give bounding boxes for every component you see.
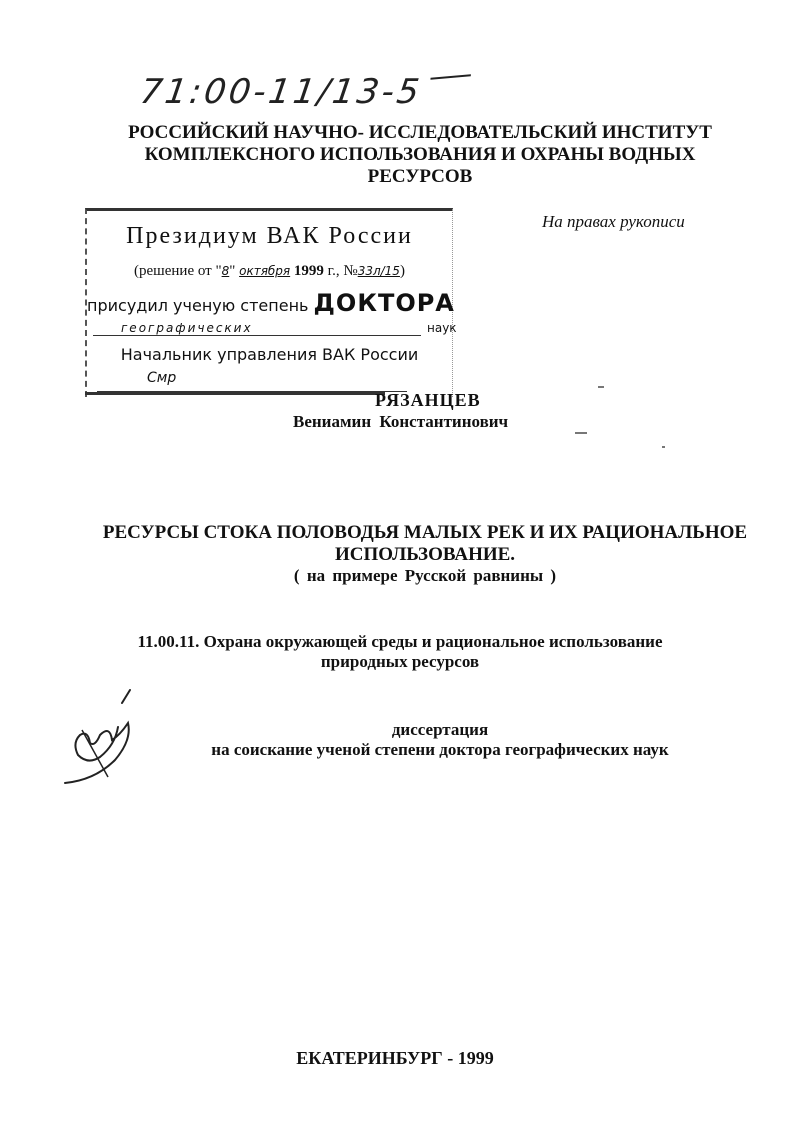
institute-line-2: КОМПЛЕКСНОГО ИСПОЛЬЗОВАНИЯ И ОХРАНЫ ВОДН… — [100, 144, 740, 166]
archive-code-handwritten: 71:00-11/13-5 — [137, 72, 484, 120]
institute-line-3: РЕСУРСОВ — [100, 166, 740, 188]
author-surname: РЯЗАНЦЕВ — [375, 390, 481, 411]
dissertation-line-2: на соискание ученой степени доктора геог… — [130, 740, 750, 760]
decision-quote: " — [229, 263, 235, 279]
title-line-2: ИСПОЛЬЗОВАНИЕ. — [90, 544, 760, 566]
stamp-decision: (решение от "8" октября 1999 г., №33л/15… — [87, 263, 452, 280]
stamp-signature-line: Смр — [97, 369, 407, 392]
field-suffix: наук — [427, 321, 457, 335]
vak-stamp: Президиум ВАК России (решение от "8" окт… — [85, 208, 453, 397]
stamp-title: Президиум ВАК России — [87, 223, 452, 250]
field-handwritten: географических — [93, 321, 421, 336]
decision-month: октября — [239, 264, 290, 278]
stamp-signature: Смр — [147, 370, 176, 386]
specialty: 11.00.11. Охрана окружающей среды и раци… — [90, 632, 710, 672]
specialty-line-1: 11.00.11. Охрана окружающей среды и раци… — [90, 632, 710, 652]
dissertation-line-1: диссертация — [130, 720, 750, 740]
institute-line-1: РОССИЙСКИЙ НАУЧНО- ИССЛЕДОВАТЕЛЬСКИЙ ИНС… — [100, 122, 740, 144]
scan-speck — [598, 386, 604, 388]
city-year: ЕКАТЕРИНБУРГ - 1999 — [90, 1048, 700, 1069]
stamp-field: географическихнаук — [93, 321, 443, 337]
decision-year: 1999 — [294, 263, 324, 279]
author-given-names: Вениамин Константинович — [293, 412, 508, 432]
awarded-degree: ДОКТОРА — [314, 289, 455, 317]
scan-speck — [662, 446, 665, 448]
stamp-chief: Начальник управления ВАК России — [87, 345, 452, 364]
archive-code: 71:00-11/13-5 — [138, 72, 425, 112]
decision-close: ) — [400, 263, 405, 279]
decision-number: 33л/15 — [358, 264, 400, 278]
specialty-line-2: природных ресурсов — [90, 652, 710, 672]
decision-year-suffix: г., № — [324, 263, 358, 279]
stamp-awarded: присудил ученую степень ДОКТОРА — [87, 289, 452, 317]
dissertation-title: РЕСУРСЫ СТОКА ПОЛОВОДЬЯ МАЛЫХ РЕК И ИХ Р… — [90, 522, 760, 566]
scan-speck — [575, 432, 587, 434]
decision-prefix: (решение от " — [134, 263, 222, 279]
stamp-border-bottom — [85, 392, 385, 395]
institute-name: РОССИЙСКИЙ НАУЧНО- ИССЛЕДОВАТЕЛЬСКИЙ ИНС… — [100, 122, 740, 188]
dissertation-type: диссертация на соискание ученой степени … — [130, 720, 750, 760]
manuscript-note: На правах рукописи — [542, 212, 685, 232]
title-line-1: РЕСУРСЫ СТОКА ПОЛОВОДЬЯ МАЛЫХ РЕК И ИХ Р… — [90, 522, 760, 544]
awarded-prefix: присудил ученую степень — [87, 296, 314, 315]
dissertation-subtitle: ( на примере Русской равнины ) — [90, 566, 760, 586]
decorative-stroke — [430, 74, 470, 79]
